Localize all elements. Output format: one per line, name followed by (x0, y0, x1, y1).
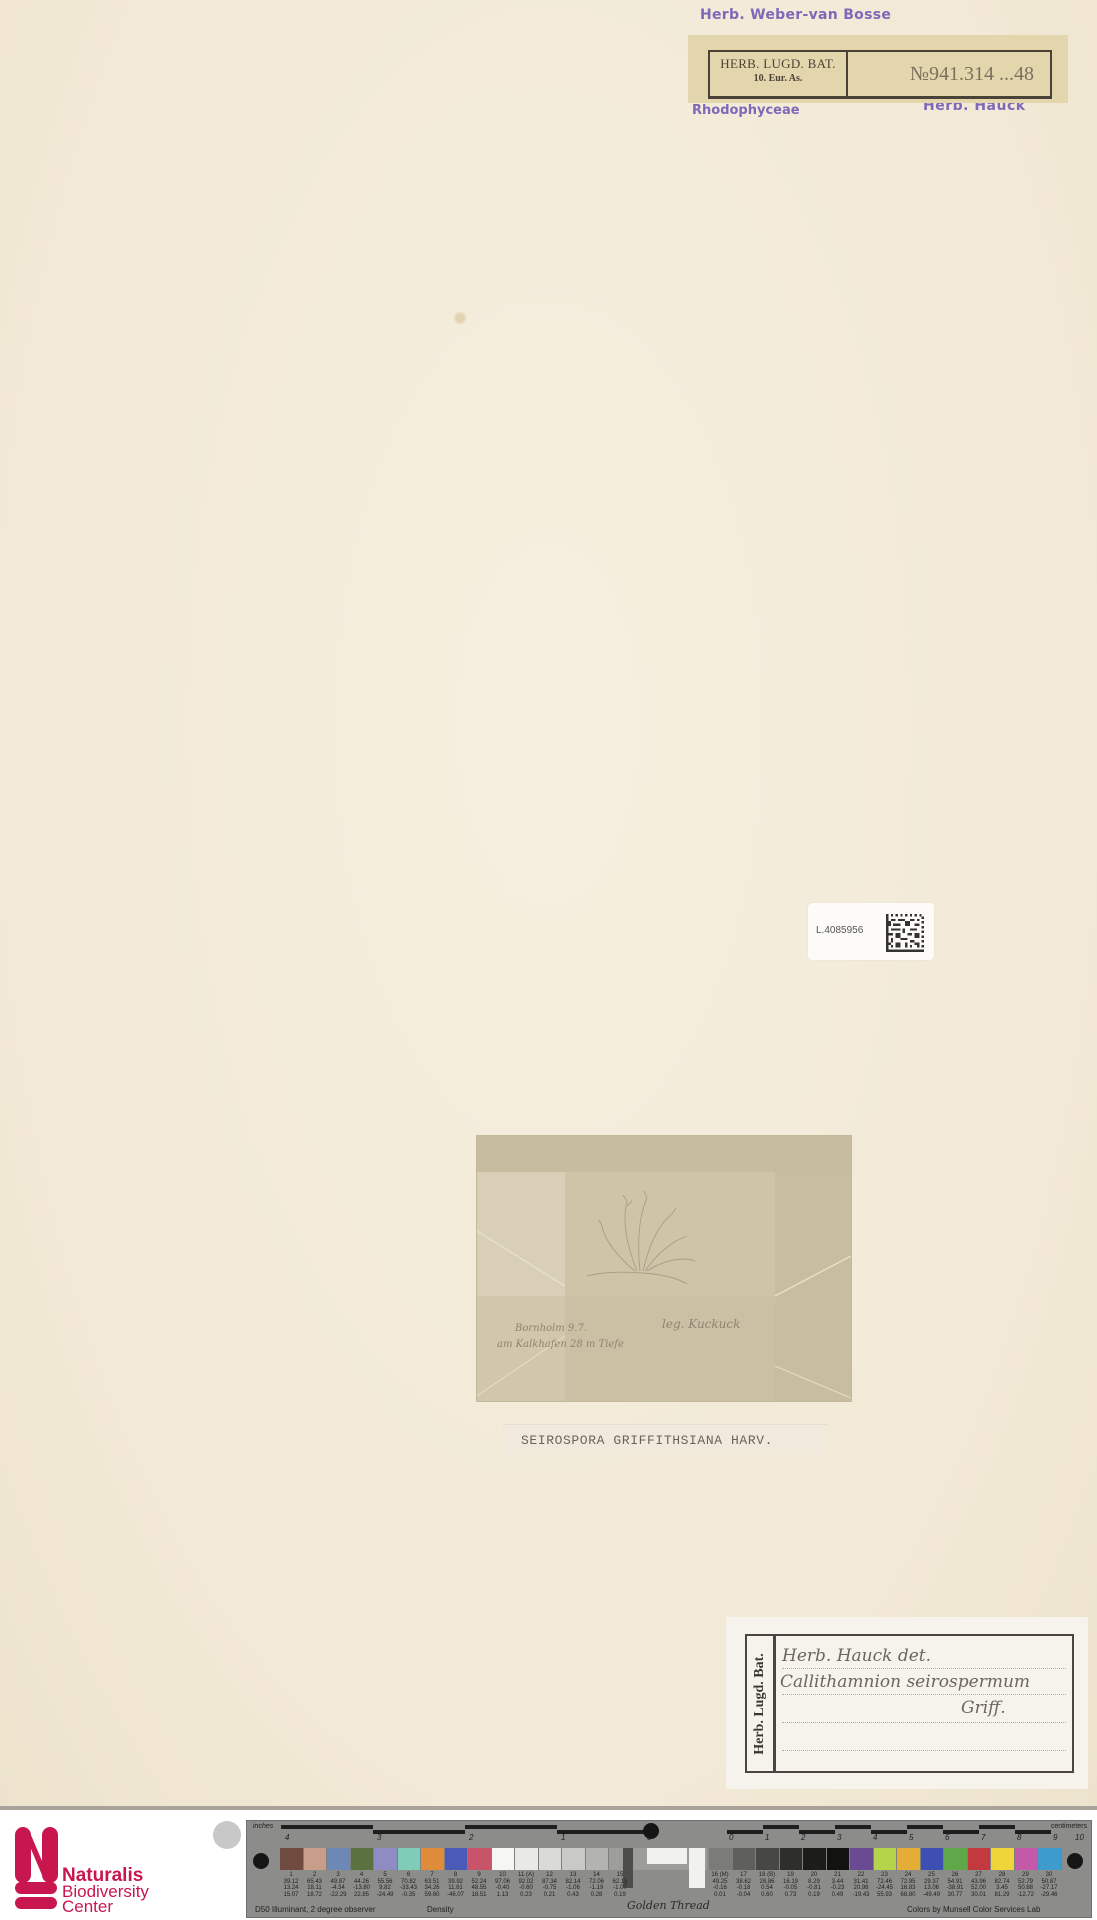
patch-value-column: 25 29.37 13.06 -49.49 (921, 1872, 943, 1898)
color-patch-26 (944, 1848, 968, 1870)
color-patch-18B (756, 1848, 780, 1870)
cm-tick: 10 (1075, 1833, 1084, 1842)
logo-line3: Center (62, 1898, 113, 1915)
ruler-inches-label: inches (253, 1823, 273, 1830)
patch-value-column: 3 49.87 -4.34 -22.29 (327, 1872, 349, 1898)
color-patch-11A (515, 1848, 539, 1870)
sheet-edge (0, 1806, 1097, 1810)
registration-dot-left (253, 1853, 269, 1869)
color-patch-24 (897, 1848, 921, 1870)
cm-tick: 7 (981, 1833, 985, 1842)
packet-note-collector: leg. Kuckuck (662, 1317, 740, 1331)
patch-value-column: 21 3.44 -0.23 0.49 (827, 1872, 849, 1898)
det-handwriting-line2: Callithamnion seirospermum (780, 1672, 1030, 1692)
color-patch-19 (780, 1848, 804, 1870)
color-patch-23 (874, 1848, 898, 1870)
determination-label: Herb. Lugd. Bat. Herb. Hauck det. Callit… (726, 1617, 1088, 1789)
cm-tick: 6 (945, 1833, 949, 1842)
cm-tick: 0 (729, 1833, 733, 1842)
cm-tick: 5 (909, 1833, 913, 1842)
cm-tick: 8 (1017, 1833, 1021, 1842)
datamatrix-icon (886, 913, 924, 953)
accession-label: HERB. LUGD. BAT. 10. Eur. As. №941.314 .… (688, 35, 1068, 103)
color-patch-2 (304, 1848, 328, 1870)
det-handwriting-line1: Herb. Hauck det. (782, 1646, 931, 1666)
species-name: SEIROSPORA GRIFFITHSIANA HARV. (521, 1433, 773, 1448)
golden-thread-brand: Golden Thread (627, 1899, 710, 1912)
color-patch-13 (562, 1848, 586, 1870)
patch-value-column: 18 (B) 28.86 0.54 0.60 (756, 1872, 778, 1898)
color-patch-25 (921, 1848, 945, 1870)
patch-value-column: 29 52.79 50.88 -12.72 (1015, 1872, 1037, 1898)
accession-institution: HERB. LUGD. BAT. (710, 56, 846, 72)
patch-value-column: 22 31.41 20.98 -19.43 (850, 1872, 872, 1898)
accession-section: 10. Eur. As. (710, 73, 846, 84)
color-patch-4 (351, 1848, 375, 1870)
packet-note-locality: Bornholm 9.7. (515, 1323, 587, 1334)
patch-value-column: 27 43.96 52.00 30.01 (968, 1872, 990, 1898)
det-label-institution: Herb. Lugd. Bat. (752, 1653, 768, 1755)
color-patch-10 (492, 1848, 516, 1870)
inch-tick: 3 (377, 1833, 381, 1842)
patch-value-column: 17 38.62 -0.18 -0.04 (733, 1872, 755, 1898)
color-patch-16M (709, 1848, 733, 1870)
cm-tick: 1 (765, 1833, 769, 1842)
patch-value-column: 14 72.06 -1.19 0.28 (586, 1872, 608, 1898)
group-stamp: Rhodophyceae (692, 103, 800, 118)
patch-value-column: 26 54.91 -38.91 30.77 (944, 1872, 966, 1898)
registration-dot-center (643, 1823, 659, 1839)
patch-value-column: 23 72.46 -24.45 55.93 (874, 1872, 896, 1898)
color-patch-20 (803, 1848, 827, 1870)
color-patches-left (280, 1848, 633, 1870)
color-patch-6 (398, 1848, 422, 1870)
color-patch-28 (991, 1848, 1015, 1870)
patch-value-column: 11 (A) 92.02 -0.60 0.23 (515, 1872, 537, 1898)
patch-value-column: 16 (M) 49.25 -0.16 0.01 (709, 1872, 731, 1898)
cm-tick: 4 (873, 1833, 877, 1842)
patch-value-column: 1 39.12 13.24 15.07 (280, 1872, 302, 1898)
inch-tick: 1 (561, 1833, 565, 1842)
color-patch-29 (1015, 1848, 1039, 1870)
specimen-packet[interactable]: Bornholm 9.7. am Kalkhafen 28 m Tiefe le… (476, 1135, 852, 1402)
target-center-panel (619, 1848, 707, 1870)
species-label: SEIROSPORA GRIFFITHSIANA HARV. (503, 1424, 828, 1455)
patch-value-column: 5 55.56 9.82 -24.49 (374, 1872, 396, 1898)
patch-value-column: 10 97.06 -0.40 1.13 (492, 1872, 514, 1898)
naturalis-logo: Naturalis Biodiversity Center (12, 1825, 142, 1910)
ruler-cm-label: centimeters (1051, 1823, 1087, 1830)
density-label: Density (427, 1905, 454, 1914)
registration-dot-right (1067, 1853, 1083, 1869)
color-patch-3 (327, 1848, 351, 1870)
color-patch-1 (280, 1848, 304, 1870)
patch-value-column: 15 62.15 -1.07 0.19 (609, 1872, 631, 1898)
inch-tick: 2 (469, 1833, 473, 1842)
specimen-drawing-icon (477, 1136, 851, 1401)
color-patch-30 (1038, 1848, 1062, 1870)
color-patch-21 (827, 1848, 851, 1870)
patch-value-column: 9 52.24 48.55 18.51 (468, 1872, 490, 1898)
color-patch-8 (445, 1848, 469, 1870)
munsell-credit: Colors by Munsell Color Services Lab (907, 1905, 1040, 1914)
cm-tick: 2 (801, 1833, 805, 1842)
color-patch-27 (968, 1848, 992, 1870)
packet-note-habitat: am Kalkhafen 28 m Tiefe (497, 1339, 624, 1350)
color-patch-17 (733, 1848, 757, 1870)
color-patch-22 (850, 1848, 874, 1870)
illuminant-text: D50 Illuminant, 2 degree observer (255, 1905, 376, 1914)
patch-value-column: 6 70.82 -33.43 -0.35 (398, 1872, 420, 1898)
patch-value-column: 19 16.19 -0.05 0.73 (780, 1872, 802, 1898)
barcode-label: L.4085956 (808, 903, 934, 960)
patch-value-column: 2 65.43 18.11 18.72 (304, 1872, 326, 1898)
det-handwriting-line3: Griff. (961, 1698, 1006, 1718)
color-calibration-target: inches centimeters 4 3 2 1 0 0 1 2 3 4 5… (246, 1820, 1092, 1918)
cm-tick: 3 (837, 1833, 841, 1842)
patch-value-column: 28 82.74 3.45 81.29 (991, 1872, 1013, 1898)
color-patches-right (709, 1848, 1062, 1870)
color-patch-5 (374, 1848, 398, 1870)
color-patch-9 (468, 1848, 492, 1870)
patch-value-column: 30 50.87 -27.17 -29.46 (1038, 1872, 1060, 1898)
catalog-number: L.4085956 (816, 925, 863, 936)
color-patch-14 (586, 1848, 610, 1870)
color-patch-12 (539, 1848, 563, 1870)
patch-value-column: 13 82.14 -1.06 0.43 (562, 1872, 584, 1898)
grey-reference-dot (213, 1821, 241, 1849)
collection-stamp: Herb. Weber-van Bosse (700, 7, 891, 23)
accession-number: №941.314 ...48 (848, 52, 1050, 96)
patch-value-column: 24 72.95 16.83 68.80 (897, 1872, 919, 1898)
patch-value-column: 4 44.26 -13.80 22.85 (351, 1872, 373, 1898)
patch-value-column: 7 63.51 34.26 59.60 (421, 1872, 443, 1898)
naturalis-n-icon (12, 1825, 60, 1910)
cm-tick: 9 (1053, 1833, 1057, 1842)
patch-value-column: 8 39.92 11.81 -46.07 (445, 1872, 467, 1898)
patch-value-column: 12 87.34 -0.75 0.21 (539, 1872, 561, 1898)
color-patch-7 (421, 1848, 445, 1870)
patch-value-column: 20 8.29 -0.81 0.19 (803, 1872, 825, 1898)
inch-tick: 4 (285, 1833, 289, 1842)
